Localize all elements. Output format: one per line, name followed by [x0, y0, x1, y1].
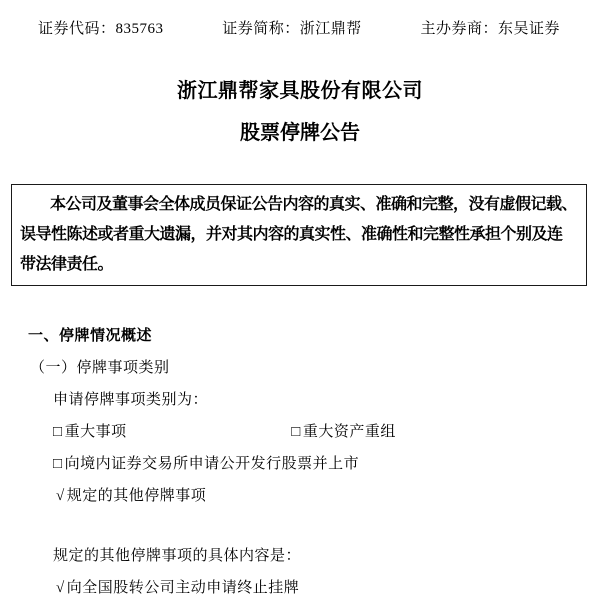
checkmark-icon: √ [56, 488, 65, 504]
option-voluntary-delisting: √向全国股转公司主动申请终止挂牌 [56, 572, 600, 604]
stock-short-name: 证券简称：浙江鼎帮 [222, 20, 362, 38]
checkmark-icon: √ [56, 580, 65, 596]
option-label: 规定的其他停牌事项 [67, 488, 207, 504]
option-major-asset-restructuring: □重大资产重组 [291, 424, 396, 440]
announcement-title: 股票停牌公告 [0, 122, 600, 144]
stock-code: 证券代码：835763 [38, 20, 164, 38]
checkbox-unchecked-icon: □ [53, 456, 63, 472]
option-major-event: □重大事项 [53, 416, 287, 448]
option-label: 向境内证券交易所申请公开发行股票并上市 [65, 456, 360, 472]
section-heading-suspension-overview: 一、停牌情况概述 [28, 320, 600, 352]
company-name-title: 浙江鼎帮家具股份有限公司 [0, 80, 600, 102]
subsection-heading-category: （一）停牌事项类别 [30, 352, 600, 384]
detail-prompt: 规定的其他停牌事项的具体内容是： [53, 540, 600, 572]
category-prompt: 申请停牌事项类别为： [53, 384, 600, 416]
option-label: 重大资产重组 [303, 424, 396, 440]
disclaimer-box: 本公司及董事会全体成员保证公告内容的真实、准确和完整，没有虚假记载、 误导性陈述… [11, 184, 587, 286]
option-label: 重大事项 [65, 424, 127, 440]
option-label: 向全国股转公司主动申请终止挂牌 [67, 580, 300, 596]
document-header: 证券代码：835763 证券简称：浙江鼎帮 主办券商：东吴证券 [38, 0, 560, 38]
disclaimer-line: 带法律责任。 [20, 250, 581, 280]
sponsor-broker: 主办券商：东吴证券 [420, 20, 560, 38]
option-apply-public-offering: □向境内证券交易所申请公开发行股票并上市 [53, 448, 600, 480]
disclaimer-line: 本公司及董事会全体成员保证公告内容的真实、准确和完整，没有虚假记载、 [20, 190, 581, 220]
option-other-suspension-matters: √规定的其他停牌事项 [56, 480, 600, 512]
announcement-document: 证券代码：835763 证券简称：浙江鼎帮 主办券商：东吴证券 浙江鼎帮家具股份… [0, 0, 600, 604]
option-row: □重大事项 □重大资产重组 [53, 416, 600, 448]
checkbox-unchecked-icon: □ [53, 424, 63, 440]
disclaimer-line: 误导性陈述或者重大遗漏，并对其内容的真实性、准确性和完整性承担个别及连 [20, 220, 581, 250]
checkbox-unchecked-icon: □ [291, 424, 301, 440]
